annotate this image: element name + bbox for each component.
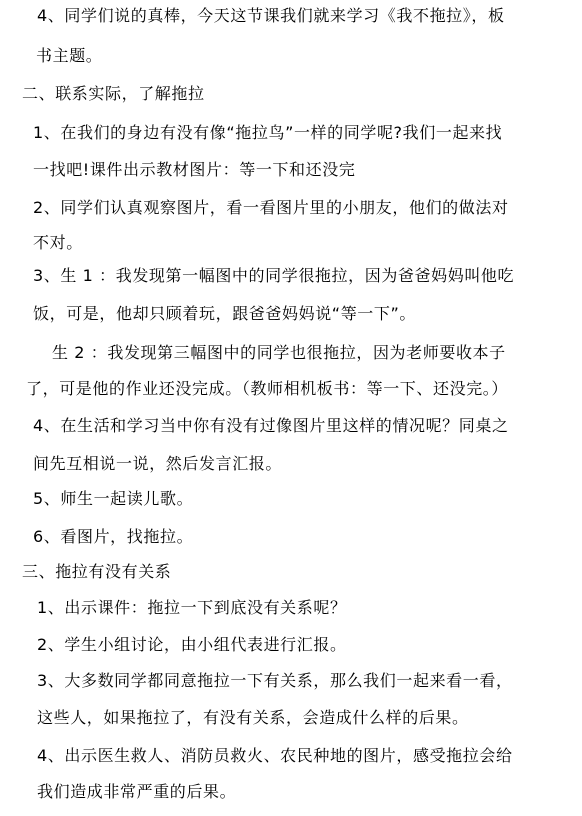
text-line: 生 2 ：我发现第三幅图中的同学也很拖拉，因为老师要收本子 — [52, 343, 506, 363]
text-line: 我们造成非常严重的后果。 — [37, 782, 236, 802]
text-line: 4、出示医生救人、消防员救火、农民种地的图片，感受拖拉会给 — [37, 746, 513, 766]
text-line: 2、同学们认真观察图片，看一看图片里的小朋友，他们的做法对 — [33, 198, 509, 218]
text-line: 1、出示课件：拖拉一下到底没有关系呢？ — [37, 598, 347, 618]
text-line: 5、师生一起读儿歌。 — [33, 489, 193, 509]
text-line: 2、学生小组讨论，由小组代表进行汇报。 — [37, 635, 347, 655]
text-line: 饭，可是，他却只顾着玩，跟爸爸妈妈说“等一下”。 — [33, 304, 416, 324]
text-line: 三、拖拉有没有关系 — [22, 562, 171, 582]
text-line: 6、看图片，找拖拉。 — [33, 527, 193, 547]
text-line: 3、大多数同学都同意拖拉一下有关系，那么我们一起来看一看， — [37, 671, 513, 691]
text-line: 1、在我们的身边有没有像“拖拉鸟”一样的同学呢?我们一起来找 — [33, 123, 502, 143]
text-line: 不对。 — [33, 233, 83, 253]
text-line: 这些人，如果拖拉了，有没有关系，会造成什么样的后果。 — [37, 708, 469, 728]
text-line: 4、在生活和学习当中你有没有过像图片里这样的情况呢？同桌之 — [33, 416, 509, 436]
text-line: 二、联系实际，了解拖拉 — [22, 84, 205, 104]
text-line: 了，可是他的作业还没完成。（教师相机板书：等一下、还没完。） — [26, 379, 508, 399]
text-line: 间先互相说一说，然后发言汇报。 — [33, 454, 282, 474]
text-line: 一找吧!课件出示教材图片：等一下和还没完 — [33, 160, 355, 180]
text-line: 书主题。 — [36, 46, 102, 66]
text-line: 3、生 1 ：我发现第一幅图中的同学很拖拉，因为爸爸妈妈叫他吃 — [33, 266, 514, 286]
text-line: 4、同学们说的真棒，今天这节课我们就来学习《我不拖拉》，板 — [37, 6, 505, 26]
